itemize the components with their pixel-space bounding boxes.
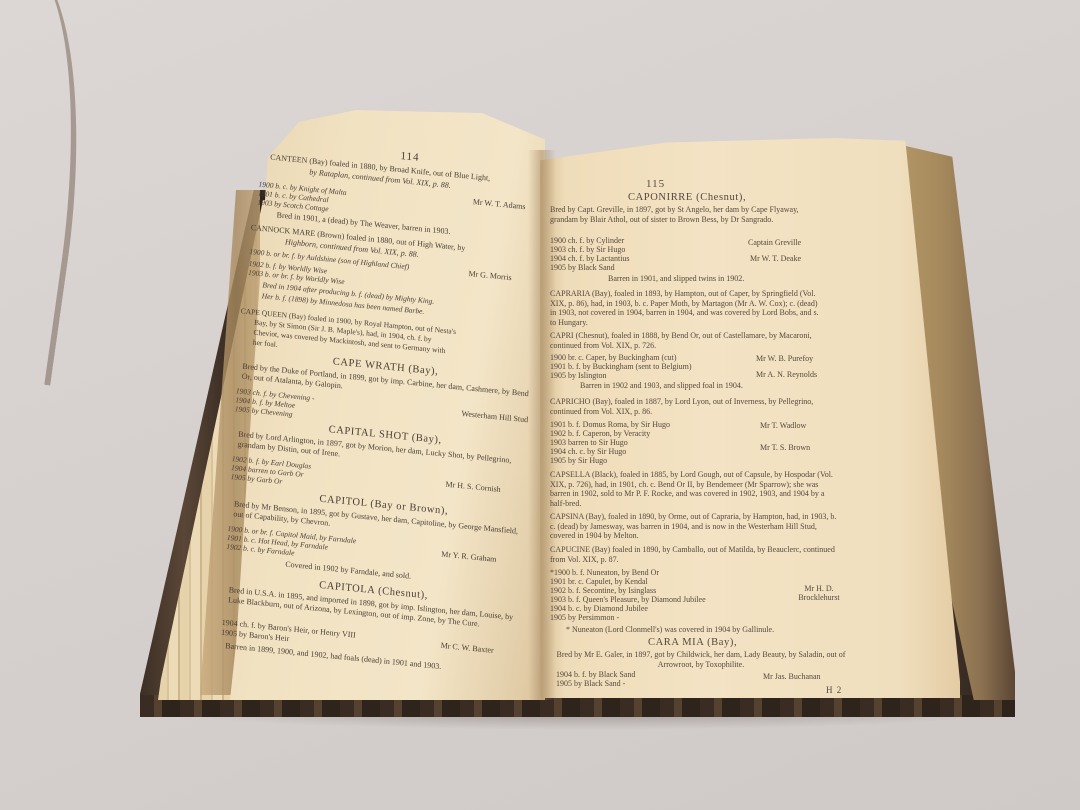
entry-breeding: Bred by Mr E. Galer, in 1897, got by Chi… [556, 650, 846, 669]
owner-name: Mr H. D. Brocklehurst [784, 584, 854, 602]
foal-record: 1901 b. f. Domus Roma, by Sir Hugo [550, 420, 670, 429]
entry-note: * Nuneaton (Lord Clonmell's) was covered… [566, 624, 774, 636]
owner-name: Mr T. S. Brown [760, 443, 810, 452]
owner-name: Mr W. B. Purefoy [756, 354, 813, 363]
owner-name: Mr H. S. Cornish [445, 480, 501, 494]
foal-record: 1904 ch. c. by Sir Hugo [550, 447, 626, 456]
owner-name: Mr W. T. Adams [473, 197, 526, 211]
foal-record: 1904 b. f. by Black Sand [556, 670, 635, 679]
owner-name: Mr A. N. Reynolds [756, 370, 817, 379]
entry-heading: CAPRI (Chesnut), foaled in 1888, by Bend… [550, 331, 825, 350]
foal-record: 1904 ch. f. by Lactantius [550, 254, 630, 263]
entry-note: Covered in 1902 by Farndale, and sold. [285, 559, 411, 583]
photo-scene: 114 CANTEEN (Bay) foaled in 1880, by Bro… [0, 0, 1080, 810]
foal-record: 1905 by Islington [550, 371, 606, 380]
cable [0, 0, 109, 386]
left-page-text: 114 CANTEEN (Bay) foaled in 1880, by Bro… [220, 136, 561, 685]
entry-note: Barren in 1902 and 1903, and slipped foa… [580, 380, 743, 392]
owner-name: Mr G. Morris [468, 269, 512, 282]
owner-name: Westerham Hill Stud [460, 409, 530, 425]
owner-name: Mr C. W. Baxter [440, 641, 493, 655]
entry-paragraph: CAPSELLA (Black), foaled in 1885, by Lor… [550, 470, 835, 508]
entry-heading: CARA MIA (Bay), [648, 637, 737, 648]
foal-record: 1904 b. c. by Diamond Jubilee [550, 604, 648, 613]
foal-record: 1901 b. f. by Buckingham (sent to Belgiu… [550, 362, 692, 371]
entry-paragraph: CAPRARIA (Bay), foaled in 1893, by Hampt… [550, 289, 825, 327]
foal-record: 1905 by Black Sand - [556, 679, 625, 688]
owner-name: Mr Jas. Buchanan [763, 672, 821, 681]
foal-record: 1900 ch. f. by Cylinder [550, 236, 624, 245]
foal-record: 1905 by Black Sand [550, 263, 615, 272]
foal-record: 1902 b. f. Secontine, by Isinglass [550, 586, 656, 595]
owner-name: Mr T. Wadlow [760, 421, 806, 430]
foal-record: 1902 b. f. Caperon, by Veracity [550, 429, 650, 438]
foal-record: 1905 by Sir Hugo [550, 456, 607, 465]
entry-paragraph: CAPSINA (Bay), foaled in 1890, by Orme, … [550, 512, 838, 541]
text-line: her foal. [253, 337, 279, 351]
page-number: 114 [400, 150, 420, 164]
foal-record: 1901 br. c. Capulet, by Kendal [550, 577, 648, 586]
signature-mark: H 2 [826, 685, 842, 695]
entry-heading: CAPONIRRE (Chesnut), [628, 192, 746, 203]
entry-heading: CAPRICHO (Bay), foaled in 1887, by Lord … [550, 397, 825, 416]
page-number: 115 [646, 178, 665, 190]
right-page-text: 115 CAPONIRRE (Chesnut), Bred by Capt. G… [548, 150, 968, 680]
entry-heading: CAPUCINE (Bay) foaled in 1890, by Cambal… [550, 545, 840, 564]
foal-record: 1903 barren to Sir Hugo [550, 438, 628, 447]
owner-name: Mr W. T. Deake [750, 254, 801, 263]
foal-record: 1905 by Persimmon - [550, 613, 619, 622]
entry-breeding: Bred by Capt. Greville, in 1897, got by … [550, 205, 820, 224]
foal-record: 1900 br. c. Caper, by Buckingham (cut) [550, 353, 677, 362]
entry-note: Barren in 1901, and slipped twins in 190… [608, 273, 744, 285]
foal-record: *1900 b. f. Nuneaton, by Bend Or [550, 568, 659, 577]
owner-name: Captain Greville [748, 238, 801, 247]
owner-name: Mr Y. R. Graham [441, 550, 497, 564]
foal-record: 1903 ch. f. by Sir Hugo [550, 245, 625, 254]
foal-record: 1903 b. f. Queen's Pleasure, by Diamond … [550, 595, 706, 604]
